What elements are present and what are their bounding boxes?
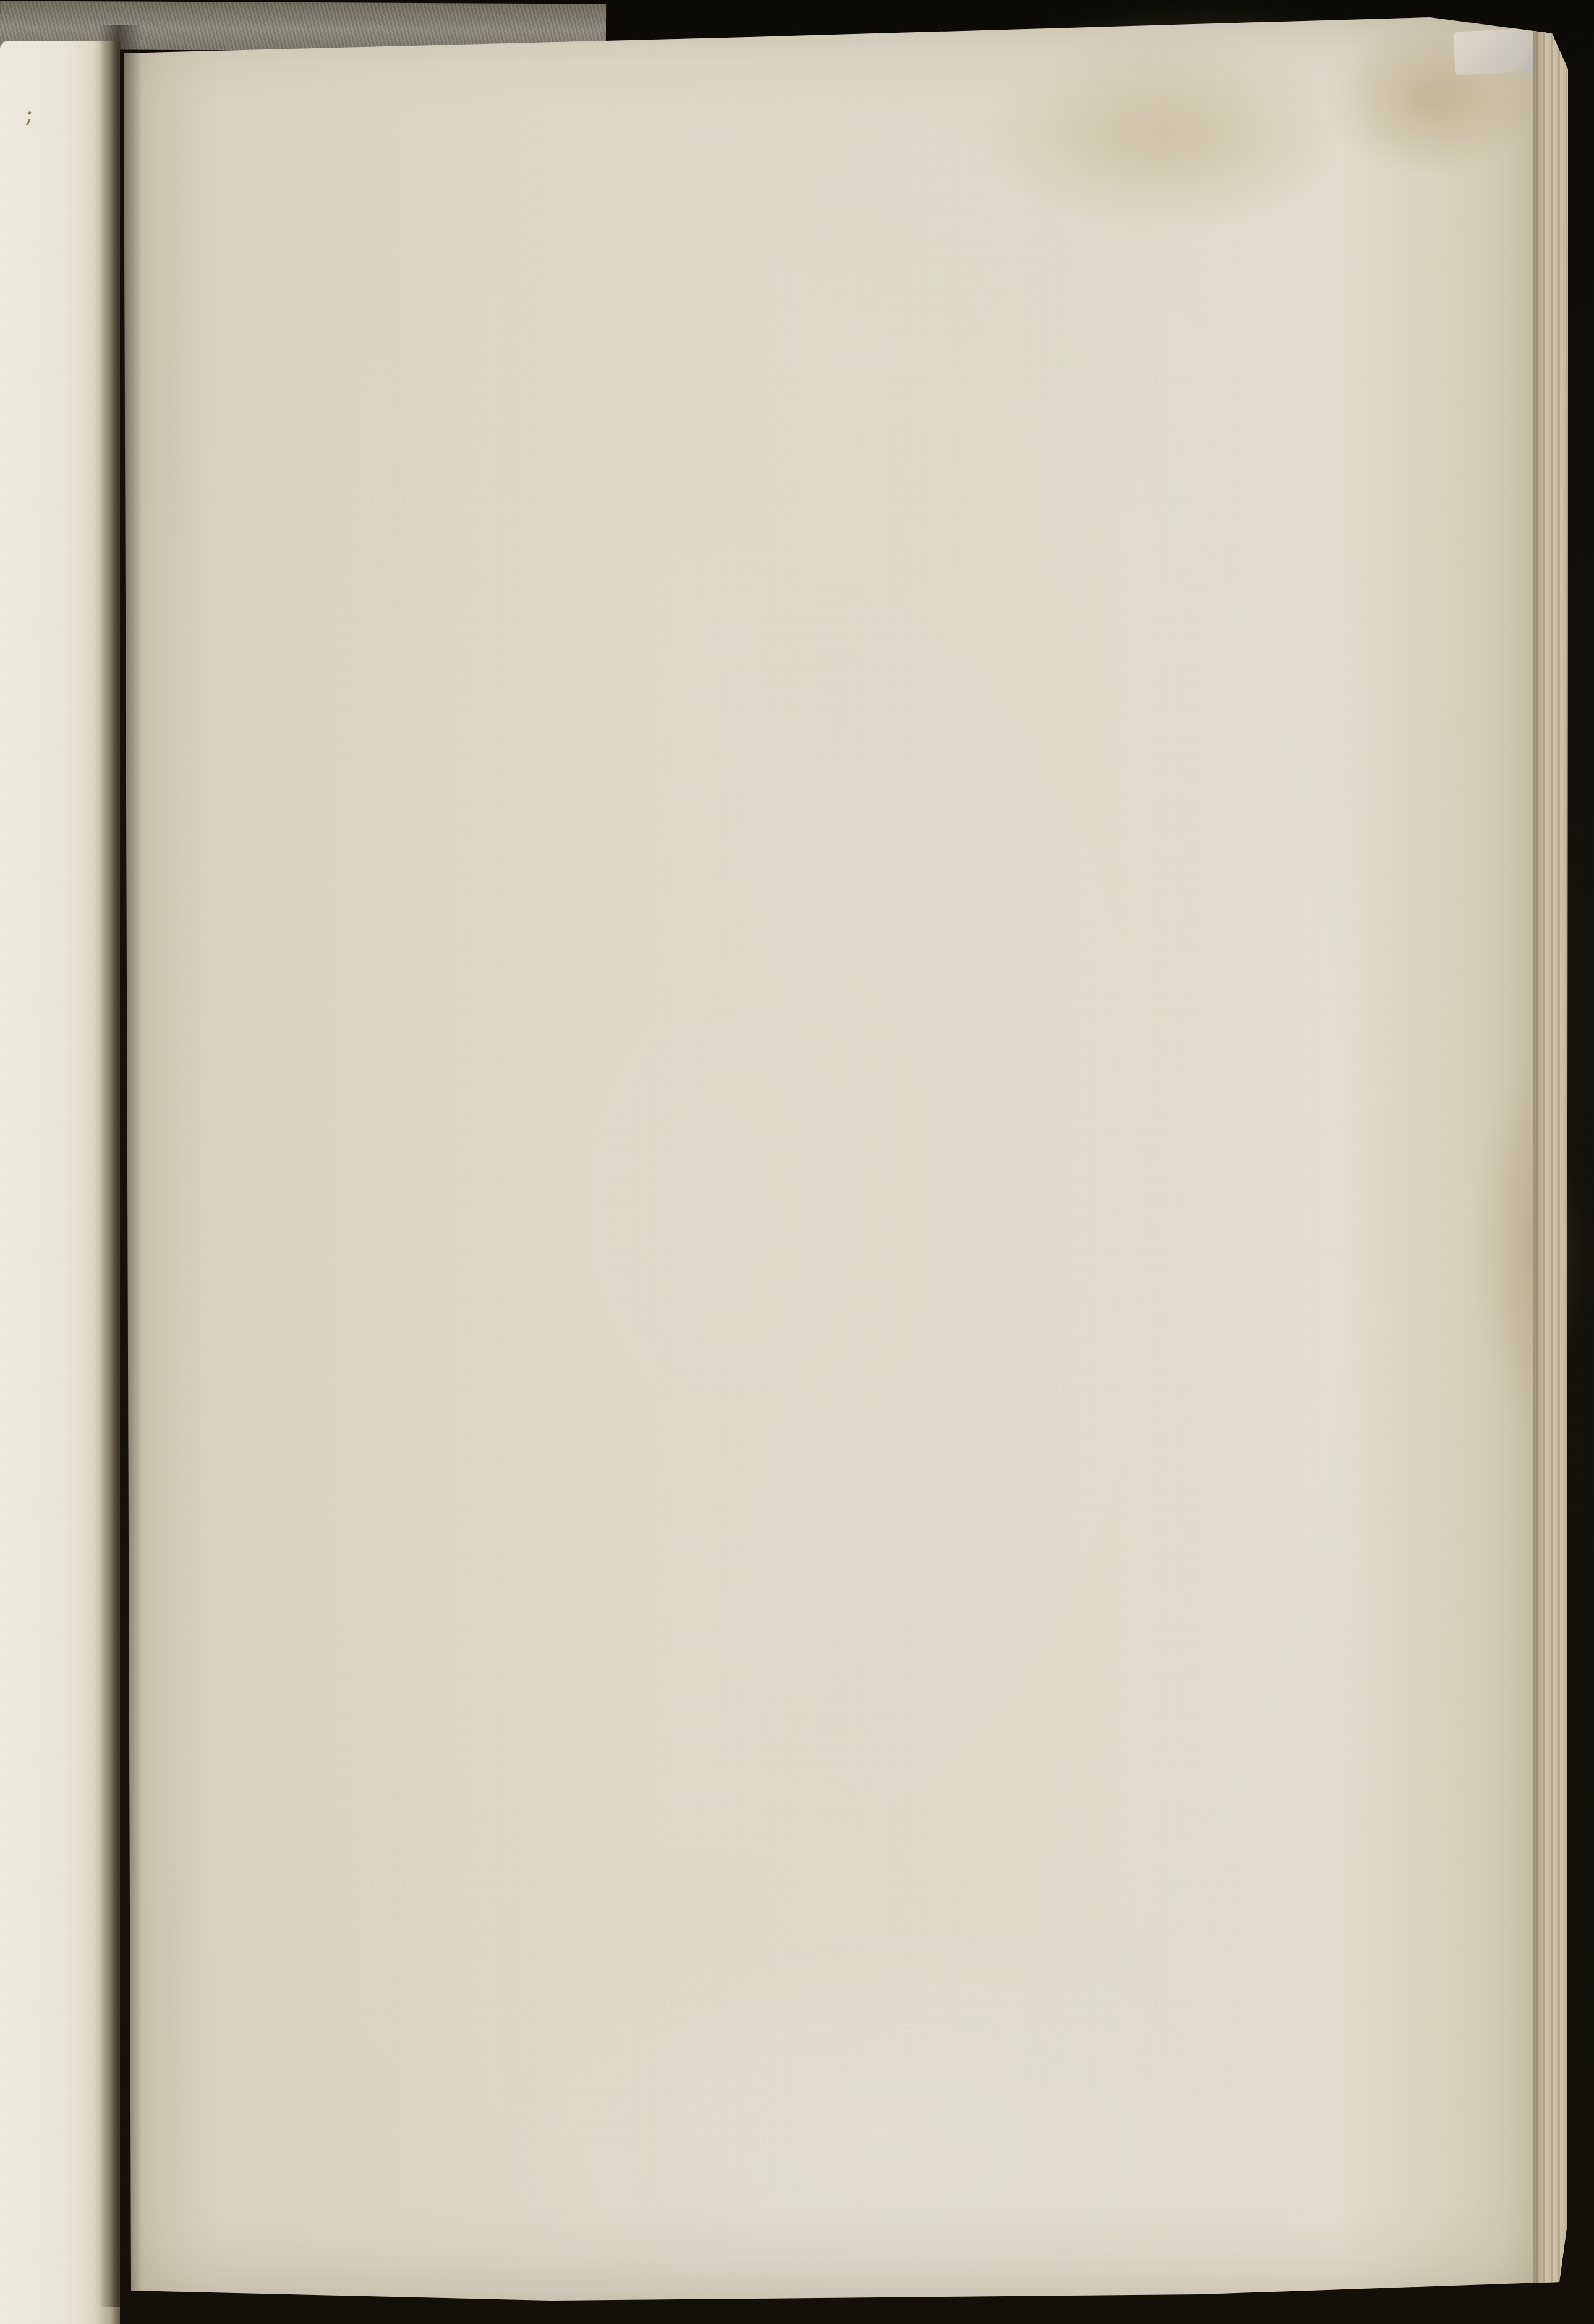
recto-page (119, 14, 1572, 2303)
gutter-shadow (99, 25, 142, 2307)
book-spread: ; O Rest impost 219 Jn state. Ad deij f … (0, 0, 1594, 2324)
page-edge-stack (1533, 14, 1572, 2303)
verso-ink-mark: ; (23, 100, 35, 127)
